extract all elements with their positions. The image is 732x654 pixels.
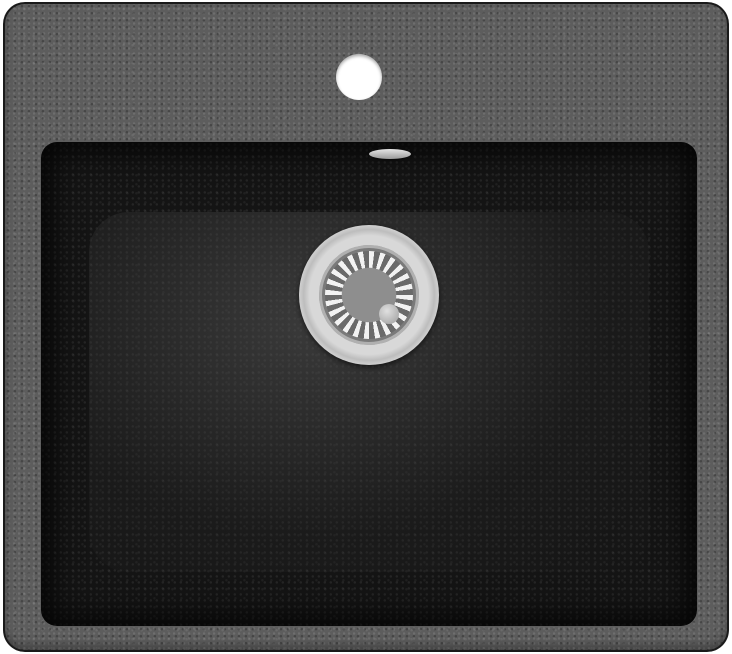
sink-body <box>3 2 729 652</box>
strainer-basket-icon <box>319 245 419 345</box>
sink-bowl <box>41 142 697 626</box>
overflow-slot-icon <box>369 149 411 159</box>
strainer-knob <box>379 304 399 324</box>
drain-strainer <box>299 225 439 365</box>
tap-hole <box>336 54 382 100</box>
